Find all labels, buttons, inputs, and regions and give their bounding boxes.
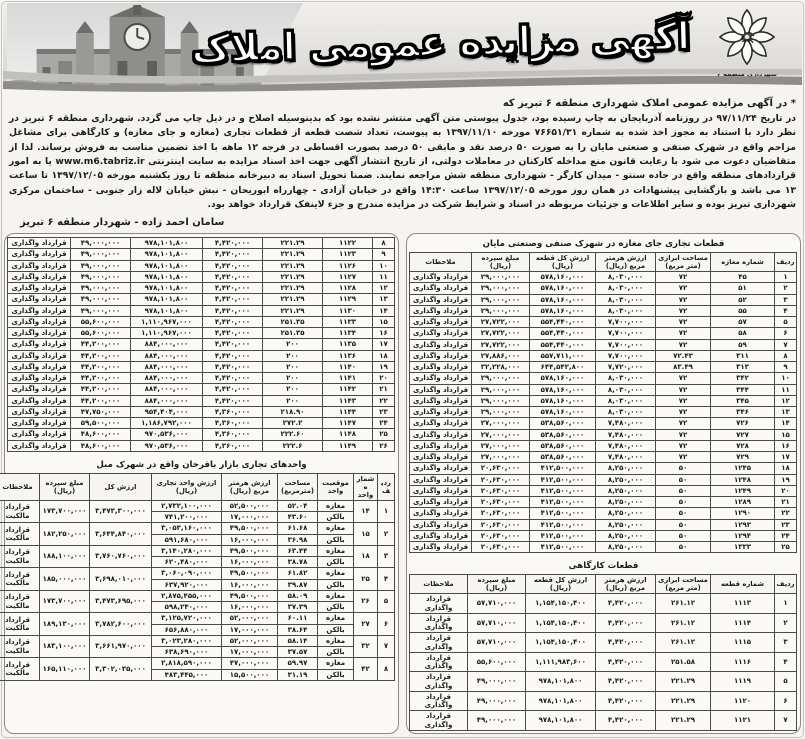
table-cell: ۳۷.۳۹ (278, 602, 318, 613)
table-row: ۱۴۱۱۳۰۲۲۱.۲۹۴,۴۲۰,۰۰۰۹۷۸,۱۰۱,۸۰۰۴۹,۰۰۰,۰… (8, 305, 395, 316)
bazaar-units-table-title: واحدهای تجاری بازار باقرخان واقع در شهرک… (8, 458, 395, 473)
table-cell: ۴,۴۲۰,۰۰۰ (203, 316, 263, 327)
remarks-cell: قرارداد مالکیت (0, 658, 40, 681)
table-cell: ۴۹,۰۰۰,۰۰۰ (71, 294, 131, 305)
table-row: ۲۱۱۱۴۲۲۰۰۴,۴۲۰,۰۰۰۸۸۴,۰۰۰,۰۰۰۴۴,۲۰۰,۰۰۰ق… (8, 384, 395, 395)
table-cell: ۴۱۲,۵۰۰,۰۰۰ (530, 485, 596, 496)
column-header: شماره مغازه (711, 253, 775, 272)
table-cell: قرارداد واگذاری (410, 519, 472, 530)
table-cell: قرارداد واگذاری (410, 613, 468, 633)
table-cell: ۱۴ (775, 418, 797, 429)
table-cell: ۸,۲۵۰,۰۰۰ (596, 508, 656, 519)
table-cell: ۳۴۲ (711, 373, 775, 384)
table-cell: ۲۶۱.۱۲ (656, 633, 711, 653)
table-cell: ۳,۰۵۳,۱۶۰,۰۰۰ (152, 523, 222, 534)
workshop-continuation-body: ۸۱۱۲۲۲۲۱.۲۹۴,۴۲۰,۰۰۰۹۷۸,۱۰۱,۸۰۰۴۹,۰۰۰,۰۰… (8, 238, 395, 452)
table-cell: ۴۸,۶۰۰,۰۰۰ (71, 440, 131, 451)
table-cell: ۴,۴۲۰,۰۰۰ (596, 613, 656, 633)
table-cell: ۷۲ (656, 429, 711, 440)
table-row: ۲۰۱۲۴۹۵۰۸,۲۵۰,۰۰۰۴۱۲,۵۰۰,۰۰۰۲۰,۶۳۰,۰۰۰قر… (410, 485, 797, 496)
column-header: ارزش هرمتر مربع (ریال) (596, 253, 656, 272)
table-cell: ۴۱۲,۵۰۰,۰۰۰ (530, 530, 596, 541)
table-cell: ۵۹۸,۲۴۰,۰۰۰ (152, 602, 222, 613)
table-row: ۱۹۱۱۴۰۲۰۰۴,۴۲۰,۰۰۰۸۸۴,۰۰۰,۰۰۰۴۴,۲۰۰,۰۰۰ق… (8, 361, 395, 372)
table-cell: مغازه (318, 568, 354, 579)
table-cell: ۷,۴۸۰,۰۰۰ (596, 429, 656, 440)
table-cell: ۴,۴۲۰,۰۰۰ (203, 260, 263, 271)
table-cell: ۴,۴۲۰,۰۰۰ (596, 672, 656, 692)
unit-number-cell: ۲۷ (354, 613, 378, 636)
table-cell: ۲۶۱.۱۲ (656, 613, 711, 633)
table-cell: ۳۱۳ (711, 362, 775, 373)
column-header: ردیف (775, 253, 797, 272)
deposit-cell: ۱۸۵,۰۰۰,۰۰۰ (40, 568, 90, 591)
table-cell: ۲۲ (373, 395, 395, 406)
table-cell: ۷,۷۲۰,۰۰۰ (596, 362, 656, 373)
table-cell: ۲۹,۰۰۰,۰۰۰ (472, 395, 530, 406)
table-cell: ۲۲۱.۲۹ (656, 711, 711, 731)
table-cell: ۱۱۴۱ (323, 373, 373, 384)
column-header: شماره واحد (354, 473, 378, 500)
table-row: ۲۱۱۱۴۲۶۱.۱۲۴,۴۲۰,۰۰۰۱,۱۵۴,۱۵۰,۴۰۰۵۷,۷۱۰,… (410, 613, 797, 633)
table-row: ۲۵۱۷۲۸,۰۳۰,۰۰۰۵۷۸,۱۶۰,۰۰۰۲۹,۰۰۰,۰۰۰قرارد… (410, 283, 797, 294)
column-header: ارزش هرمتر مربع (ریال) (222, 473, 278, 500)
table-row: ۸۱۱۲۲۲۲۱.۲۹۴,۴۲۰,۰۰۰۹۷۸,۱۰۱,۸۰۰۴۹,۰۰۰,۰۰… (8, 238, 395, 249)
table-cell: مغازه (318, 500, 354, 511)
table-cell: ۱,۱۵۴,۱۵۰,۴۰۰ (526, 594, 596, 614)
unit-number-cell: ۴۲ (354, 658, 378, 681)
table-cell: قرارداد واگذاری (8, 238, 71, 249)
table-cell: ۵۵۴,۴۴۰,۰۰۰ (530, 317, 596, 328)
table-cell: ۵۷,۷۱۰,۰۰۰ (468, 594, 526, 614)
table-cell: ۲۰,۶۳۰,۰۰۰ (472, 497, 530, 508)
table-cell: ۲۲۱.۲۹ (263, 294, 323, 305)
table-cell: ۸,۲۵۰,۰۰۰ (596, 485, 656, 496)
table-cell: قرارداد واگذاری (8, 339, 71, 350)
table-cell: ۸ (373, 238, 395, 249)
table-cell: ۵۹.۹۷ (278, 658, 318, 669)
total-value-cell: ۳,۷۸۲,۶۰۰,۰۰۰ (90, 613, 152, 636)
unit-number-cell: ۲۶ (354, 590, 378, 613)
table-cell: ۴۴,۲۰۰,۰۰۰ (71, 395, 131, 406)
unit-number-cell: ۱۴ (354, 500, 378, 523)
table-cell: ۴,۴۲۰,۰۰۰ (596, 633, 656, 653)
table-cell: ۹۷۸,۱۰۱,۸۰۰ (131, 271, 203, 282)
table-cell: ۲۶ (373, 440, 395, 451)
table-row: ۸۳۱۱۷۲.۴۳۷,۷۰۰,۰۰۰۵۵۷,۷۱۱,۰۰۰۲۷,۸۸۶,۰۰۰ق… (410, 350, 797, 361)
table-cell: قرارداد واگذاری (410, 362, 472, 373)
table-cell: ۳,۱۴۰,۲۸۰,۰۰۰ (152, 545, 222, 556)
table-cell: ۵۷۸,۱۶۰,۰۰۰ (530, 384, 596, 395)
table-cell: ۴۱۲,۵۰۰,۰۰۰ (530, 508, 596, 519)
table-cell: ۱۱۲۱ (711, 711, 775, 731)
table-row: ۲۵۱۳۳۳۵۰۸,۲۵۰,۰۰۰۴۱۲,۵۰۰,۰۰۰۲۰,۶۳۰,۰۰۰قر… (410, 542, 797, 553)
table-cell: قرارداد واگذاری (410, 305, 472, 316)
table-cell: ۴۹,۵۰۰,۰۰۰ (222, 523, 278, 534)
table-cell: ۱۶,۰۰۰,۰۰۰ (222, 557, 278, 568)
table-cell: ۷,۷۰۰,۰۰۰ (596, 317, 656, 328)
table-cell: ۴,۴۲۰,۰۰۰ (203, 271, 263, 282)
remarks-cell: قرارداد مالکیت (0, 500, 40, 523)
table-cell: ۴,۴۲۰,۰۰۰ (203, 305, 263, 316)
table-cell: ۵۵۴,۴۴۰,۰۰۰ (530, 339, 596, 350)
table-cell: ۲۰ (373, 373, 395, 384)
table-cell: ۹۷۰,۵۳۶,۰۰۰ (131, 429, 203, 440)
newspaper-auction-ad: آگهی مزایده عمومی املاک شهرداری منطقه ۶ (0, 0, 805, 739)
unit-row-shop: ۱۱۴مغازه۵۲.۰۴۵۲,۵۰۰,۰۰۰۲,۷۳۲,۱۰۰,۰۰۰۳,۴۷… (0, 500, 395, 511)
table-cell: ۴۹,۰۰۰,۰۰۰ (71, 238, 131, 249)
table-cell: ۲۷,۸۸۶,۰۰۰ (472, 350, 530, 361)
table-cell: ۵۵۷,۷۱۱,۰۰۰ (530, 350, 596, 361)
table-cell: قرارداد واگذاری (8, 395, 71, 406)
total-value-cell: ۳,۷۶۰,۷۶۰,۰۰۰ (90, 545, 152, 568)
deposit-cell: ۱۸۹,۱۳۰,۰۰۰ (40, 613, 90, 636)
table-cell: ۲۰۰ (263, 384, 323, 395)
column-header: ملاحظات (0, 473, 40, 500)
column-header: مساحت ابرازی (متر مربع) (656, 253, 711, 272)
table-cell: ۴,۴۲۰,۰۰۰ (596, 652, 656, 672)
table-cell: ۸۸۴,۰۰۰,۰۰۰ (131, 395, 203, 406)
table-cell: ۱۱۴۸ (323, 429, 373, 440)
ad-title: آگهی مزایده عمومی املاک (304, 14, 690, 68)
table-cell: ۴,۳۶۰,۰۰۰ (203, 440, 263, 451)
table-cell: ۵۵ (711, 305, 775, 316)
table-cell: قرارداد واگذاری (410, 294, 472, 305)
table-cell: ۹۷۸,۱۰۱,۸۰۰ (131, 238, 203, 249)
table-cell: ۹۷۸,۱۰۱,۸۰۰ (131, 294, 203, 305)
table-cell: ۳۴۴ (711, 384, 775, 395)
table-cell: ۶۲۰,۴۸۰,۰۰۰ (152, 557, 222, 568)
row-number-cell: ۷ (378, 635, 395, 658)
table-cell: ۴۹,۵۰۰,۰۰۰ (222, 590, 278, 601)
table-row: ۱۱۱۱۲۷۲۲۱.۲۹۴,۴۲۰,۰۰۰۹۷۸,۱۰۱,۸۰۰۴۹,۰۰۰,۰… (8, 271, 395, 282)
table-cell: ۴۹,۰۰۰,۰۰۰ (71, 249, 131, 260)
mayan-commercial-body: ۱۴۵۷۲۸,۰۳۰,۰۰۰۵۷۸,۱۶۰,۰۰۰۲۹,۰۰۰,۰۰۰قرارد… (410, 272, 797, 553)
table-cell: ۴۹,۰۰۰,۰۰۰ (468, 691, 526, 711)
table-cell: ۵۰ (656, 542, 711, 553)
table-cell: ۲۲۱.۲۹ (263, 305, 323, 316)
table-row: ۲۳۱۱۴۴۲۱۸.۹۰۴,۳۶۰,۰۰۰۹۵۴,۴۰۴,۰۰۰۴۷,۷۵۰,۰… (8, 406, 395, 417)
table-cell: ۴ (775, 305, 797, 316)
table-cell: ۴۹,۰۰۰,۰۰۰ (71, 283, 131, 294)
table-cell: ۵۵,۶۰۰,۰۰۰ (468, 652, 526, 672)
table-cell: قرارداد واگذاری (410, 485, 472, 496)
table-cell: قرارداد واگذاری (410, 452, 472, 463)
table-cell: ۵۰ (656, 474, 711, 485)
table-row: ۲۱۱۲۸۹۵۰۸,۲۵۰,۰۰۰۴۱۲,۵۰۰,۰۰۰۲۰,۶۳۰,۰۰۰قر… (410, 497, 797, 508)
table-cell: قرارداد واگذاری (410, 317, 472, 328)
column-header: مساحت ابرازی (متر مربع) (656, 575, 711, 594)
table-cell: ۲۷۲.۲ (263, 418, 323, 429)
workshop-plots-continuation-table: ۸۱۱۲۲۲۲۱.۲۹۴,۴۲۰,۰۰۰۹۷۸,۱۰۱,۸۰۰۴۹,۰۰۰,۰۰… (7, 237, 395, 452)
table-cell: ۴۷,۰۰۰,۰۰۰ (222, 658, 278, 669)
table-cell: ۸,۲۵۰,۰۰۰ (596, 519, 656, 530)
table-cell: ۱۱۲۷ (323, 271, 373, 282)
table-row: ۶۱۱۲۰۲۲۱.۲۹۴,۴۲۰,۰۰۰۹۷۸,۱۰۱,۸۰۰۴۹,۰۰۰,۰۰… (410, 691, 797, 711)
table-cell: ۲۲۱.۲۹ (263, 283, 323, 294)
table-cell: ۷۴۱,۲۰۰,۰۰۰ (152, 512, 222, 523)
table-cell: قرارداد واگذاری (410, 328, 472, 339)
table-cell: ۲۹,۰۰۰,۰۰۰ (472, 305, 530, 316)
table-cell: قرارداد واگذاری (410, 474, 472, 485)
table-cell: ۶۳.۴۴ (278, 545, 318, 556)
table-cell: ۵۱ (711, 283, 775, 294)
table-cell: ۲۵۱.۳۵ (263, 328, 323, 339)
table-cell: ۵۳۸,۵۶۰,۰۰۰ (530, 429, 596, 440)
table-cell: ۴۴,۲۰۰,۰۰۰ (71, 373, 131, 384)
table-cell: ۱۱۲۶ (323, 260, 373, 271)
table-cell: قرارداد واگذاری (410, 497, 472, 508)
table-cell: ۱۱ (373, 271, 395, 282)
intro-paragraph: * در آگهی مزایده عمومی املاک شهرداری منط… (9, 98, 796, 212)
table-row: ۶۵۸۷۲۷,۷۰۰,۰۰۰۵۵۴,۴۴۰,۰۰۰۲۷,۷۲۲,۰۰۰قرارد… (410, 328, 797, 339)
table-cell: ۱۶ (373, 328, 395, 339)
right-tables-panel: قطعات تجاری جای مغازه در شهرک صنفی وصنعت… (406, 233, 801, 734)
deposit-cell: ۱۸۸,۱۰۰,۰۰۰ (40, 545, 90, 568)
table-cell: ۵۷۸,۱۶۰,۰۰۰ (530, 407, 596, 418)
mayan-commercial-table: ردیفشماره مغازهمساحت ابرازی (متر مربع)ار… (409, 252, 797, 553)
table-cell: ۱۱۴۴ (323, 406, 373, 417)
table-cell: ۸,۲۵۰,۰۰۰ (596, 530, 656, 541)
table-cell: ۸۸۴,۰۰۰,۰۰۰ (131, 384, 203, 395)
table-cell: قرارداد واگذاری (410, 272, 472, 283)
table-cell: قرارداد واگذاری (8, 305, 71, 316)
column-header: ملاحظات (410, 253, 472, 272)
table-cell: ۵۸.۱۴ (278, 635, 318, 646)
table-cell: ۵۰ (656, 530, 711, 541)
column-header: شماره قطعه (711, 575, 775, 594)
table-cell: ۴۱۲,۵۰۰,۰۰۰ (530, 474, 596, 485)
table-cell: ۶ (775, 691, 797, 711)
table-cell: قرارداد واگذاری (410, 373, 472, 384)
table-cell: ۲۷,۰۰۰,۰۰۰ (472, 440, 530, 451)
table-cell: ۵۳۸,۵۶۰,۰۰۰ (530, 440, 596, 451)
table-row: ۱۴۵۷۲۸,۰۳۰,۰۰۰۵۷۸,۱۶۰,۰۰۰۲۹,۰۰۰,۰۰۰قرارد… (410, 272, 797, 283)
header-swoosh-decoration (3, 69, 802, 95)
table-row: ۲۰۱۱۴۱۲۰۰۴,۴۲۰,۰۰۰۸۸۴,۰۰۰,۰۰۰۴۴,۲۰۰,۰۰۰ق… (8, 373, 395, 384)
municipality-logo: شهرداری منطقه ۶ (708, 8, 786, 78)
table-cell: بالکن (318, 624, 354, 635)
table-cell: ۱,۱۵۴,۱۵۰,۴۰۰ (526, 633, 596, 653)
table-row: ۱۳۱۱۲۹۲۲۱.۲۹۴,۴۲۰,۰۰۰۹۷۸,۱۰۱,۸۰۰۴۹,۰۰۰,۰… (8, 294, 395, 305)
table-cell: ۲۰,۶۳۰,۰۰۰ (472, 463, 530, 474)
table-cell: ۲۰,۶۳۰,۰۰۰ (472, 474, 530, 485)
table-cell: ۲ (775, 283, 797, 294)
table-row: ۴۱۱۱۶۲۵۱.۵۸۴,۴۲۰,۰۰۰۱,۱۱۱,۹۸۳,۶۰۰۵۵,۶۰۰,… (410, 652, 797, 672)
row-number-cell: ۳ (378, 545, 395, 568)
table-cell: ۴۴,۲۰۰,۰۰۰ (71, 384, 131, 395)
table-cell: ۵۹ (711, 339, 775, 350)
table-row: ۱۵۱۱۳۳۲۵۱.۳۵۴,۴۲۰,۰۰۰۱,۱۱۰,۹۶۷,۰۰۰۵۵,۶۰۰… (8, 316, 395, 327)
table-cell: قرارداد واگذاری (410, 530, 472, 541)
table-cell: ۱۱۳۴ (323, 328, 373, 339)
table-cell: ۱۷ (373, 339, 395, 350)
table-cell: ۳۸.۷۸ (278, 557, 318, 568)
table-cell: ۲۹,۰۰۰,۰۰۰ (472, 283, 530, 294)
table-cell: ۳۱.۱۹ (278, 669, 318, 680)
table-cell: ۸,۰۳۰,۰۰۰ (596, 384, 656, 395)
table-cell: ۱۱۳۰ (323, 305, 373, 316)
table-cell: مغازه (318, 545, 354, 556)
table-cell: ۸,۲۵۰,۰۰۰ (596, 497, 656, 508)
mayan-commercial-header-row: ردیفشماره مغازهمساحت ابرازی (متر مربع)ار… (410, 253, 797, 272)
table-cell: مغازه (318, 613, 354, 624)
table-cell: ۹۷۸,۱۰۱,۸۰۰ (131, 305, 203, 316)
table-row: ۱۹۱۲۴۸۵۰۸,۲۵۰,۰۰۰۴۱۲,۵۰۰,۰۰۰۲۰,۶۳۰,۰۰۰قر… (410, 474, 797, 485)
table-row: ۱۲۳۴۵۷۲۸,۰۳۰,۰۰۰۵۷۸,۱۶۰,۰۰۰۲۹,۰۰۰,۰۰۰قرا… (410, 395, 797, 406)
row-number-cell: ۱ (378, 500, 395, 523)
table-cell: ۴۹,۰۰۰,۰۰۰ (468, 672, 526, 692)
table-cell: ۵۰ (656, 519, 711, 530)
table-row: ۹۳۱۳۸۳.۴۹۷,۷۲۰,۰۰۰۶۴۴,۵۴۲,۸۰۰۳۲,۲۲۸,۰۰۰ق… (410, 362, 797, 373)
table-cell: ۲۷,۰۰۰,۰۰۰ (472, 418, 530, 429)
table-cell: ۱۲۴۹ (711, 485, 775, 496)
table-cell: ۴,۴۲۰,۰۰۰ (203, 328, 263, 339)
table-cell: ۴,۴۲۰,۰۰۰ (203, 339, 263, 350)
table-cell: ۳,۱۲۵,۷۲۰,۰۰۰ (152, 613, 222, 624)
table-cell: ۵۲,۰۰۰,۰۰۰ (222, 613, 278, 624)
table-cell: قرارداد واگذاری (410, 407, 472, 418)
table-cell: ۴۹,۰۰۰,۰۰۰ (71, 260, 131, 271)
table-cell: ۱ (775, 272, 797, 283)
table-cell: ۱۷,۰۰۰,۰۰۰ (222, 512, 278, 523)
unit-number-cell: ۱۵ (354, 523, 378, 546)
table-row: ۱۱۳۴۴۷۲۸,۰۳۰,۰۰۰۵۷۸,۱۶۰,۰۰۰۲۹,۰۰۰,۰۰۰قرا… (410, 384, 797, 395)
table-cell: ۲۵ (373, 429, 395, 440)
unit-row-shop: ۷۳۲مغازه۵۸.۱۴۵۲,۰۰۰,۰۰۰۳,۰۲۳,۲۸۰,۰۰۰۳,۶۶… (0, 635, 395, 646)
table-cell: ۹ (775, 362, 797, 373)
table-cell: ۱۱۱۹ (711, 672, 775, 692)
table-cell: ۲,۸۱۸,۵۹۰,۰۰۰ (152, 658, 222, 669)
table-cell: ۵۰ (656, 497, 711, 508)
table-cell: ۴,۳۶۰,۰۰۰ (203, 418, 263, 429)
table-cell: ۳۹.۸۷ (278, 579, 318, 590)
table-cell: ۱۳ (373, 294, 395, 305)
table-cell: ۸,۰۳۰,۰۰۰ (596, 283, 656, 294)
table-cell: بالکن (318, 534, 354, 545)
table-cell: ۱۱۳۶ (323, 350, 373, 361)
table-cell: ۲۵ (775, 542, 797, 553)
table-cell: ۱۲۹۰ (711, 508, 775, 519)
table-row: ۱۸۱۱۳۶۲۰۰۴,۴۲۰,۰۰۰۸۸۴,۰۰۰,۰۰۰۴۴,۲۰۰,۰۰۰ق… (8, 350, 395, 361)
workshop-body: ۱۱۱۱۳۲۶۱.۱۲۴,۴۲۰,۰۰۰۱,۱۵۴,۱۵۰,۴۰۰۵۷,۷۱۰,… (410, 594, 797, 731)
table-cell: ۱۷,۰۰۰,۰۰۰ (222, 624, 278, 635)
table-cell: ۲۷,۰۰۰,۰۰۰ (472, 452, 530, 463)
table-cell: ۳۴۵ (711, 395, 775, 406)
table-cell: قرارداد واگذاری (410, 384, 472, 395)
table-cell: ۷۲ (656, 452, 711, 463)
table-cell: ۴۹,۰۰۰,۰۰۰ (71, 271, 131, 282)
table-cell: ۷,۷۰۰,۰۰۰ (596, 350, 656, 361)
table-cell: مغازه (318, 590, 354, 601)
table-cell: ۲۲۱.۲۹ (656, 691, 711, 711)
unit-number-cell: ۲۵ (354, 568, 378, 591)
table-row: ۱۸۱۲۴۵۵۰۸,۲۵۰,۰۰۰۴۱۲,۵۰۰,۰۰۰۲۰,۶۳۰,۰۰۰قر… (410, 463, 797, 474)
table-cell: ۱۳ (775, 407, 797, 418)
table-cell: ۲۳ (775, 519, 797, 530)
table-cell: ۲۱ (775, 497, 797, 508)
table-cell: ۵۷,۷۱۰,۰۰۰ (468, 613, 526, 633)
table-cell: قرارداد واگذاری (8, 429, 71, 440)
table-row: ۲۵۱۱۴۸۲۲۲.۶۰۴,۳۶۰,۰۰۰۹۷۰,۵۳۶,۰۰۰۴۸,۶۰۰,۰… (8, 429, 395, 440)
table-row: ۱۰۳۴۲۷۲۸,۰۳۰,۰۰۰۵۷۸,۱۶۰,۰۰۰۲۹,۰۰۰,۰۰۰قرا… (410, 373, 797, 384)
table-cell: ۴,۳۶۰,۰۰۰ (203, 406, 263, 417)
table-cell: ۲۰۰ (263, 339, 323, 350)
table-cell: ۹۷۸,۱۰۱,۸۰۰ (131, 283, 203, 294)
table-cell: ۳,۰۶۰,۰۹۰,۰۰۰ (152, 568, 222, 579)
table-cell: ۸,۲۵۰,۰۰۰ (596, 542, 656, 553)
table-cell: ۲۰۰ (263, 350, 323, 361)
table-cell: ۴۳.۶۰ (278, 512, 318, 523)
table-cell: ۸۸۴,۰۰۰,۰۰۰ (131, 339, 203, 350)
table-cell: ۵۷۸,۱۶۰,۰۰۰ (530, 283, 596, 294)
table-cell: ۷,۷۰۰,۰۰۰ (596, 339, 656, 350)
row-number-cell: ۵ (378, 590, 395, 613)
table-row: ۵۱۱۱۹۲۲۱.۲۹۴,۴۲۰,۰۰۰۹۷۸,۱۰۱,۸۰۰۴۹,۰۰۰,۰۰… (410, 672, 797, 692)
table-cell: ۴,۴۲۰,۰۰۰ (203, 249, 263, 260)
table-row: ۱۰۱۱۲۶۲۲۱.۲۹۴,۴۲۰,۰۰۰۹۷۸,۱۰۱,۸۰۰۴۹,۰۰۰,۰… (8, 260, 395, 271)
table-row: ۱۳۳۴۶۷۲۸,۰۳۰,۰۰۰۵۷۸,۱۶۰,۰۰۰۲۹,۰۰۰,۰۰۰قرا… (410, 407, 797, 418)
table-cell: ۶۵۶,۸۸۰,۰۰۰ (152, 624, 222, 635)
table-cell: مغازه (318, 658, 354, 669)
table-cell: ۷۲۶ (711, 418, 775, 429)
table-row: ۲۴۱۱۴۷۲۷۲.۲۴,۳۶۰,۰۰۰۱,۱۸۶,۷۹۲,۰۰۰۵۹,۵۰۰,… (8, 418, 395, 429)
total-value-cell: ۳,۳۰۲,۰۳۵,۰۰۰ (90, 658, 152, 681)
table-cell: ۱۱۴۹ (323, 440, 373, 451)
deposit-cell: ۱۸۳,۱۰۰,۰۰۰ (40, 635, 90, 658)
table-cell: ۶۴۴,۵۴۲,۸۰۰ (530, 362, 596, 373)
table-cell: ۱۰ (373, 260, 395, 271)
table-cell: ۸,۰۳۰,۰۰۰ (596, 373, 656, 384)
table-row: ۹۱۱۲۳۲۲۱.۲۹۴,۴۲۰,۰۰۰۹۷۸,۱۰۱,۸۰۰۴۹,۰۰۰,۰۰… (8, 249, 395, 260)
table-cell: ۲۲۱.۲۹ (656, 672, 711, 692)
unit-row-shop: ۸۴۲مغازه۵۹.۹۷۴۷,۰۰۰,۰۰۰۲,۸۱۸,۵۹۰,۰۰۰۳,۳۰… (0, 658, 395, 669)
table-row: ۴۵۵۷۲۸,۰۳۰,۰۰۰۵۷۸,۱۶۰,۰۰۰۲۹,۰۰۰,۰۰۰قرارد… (410, 305, 797, 316)
table-cell: ۲۳ (373, 406, 395, 417)
table-cell: ۱۱۴۰ (323, 361, 373, 372)
table-cell: ۴,۴۲۰,۰۰۰ (203, 384, 263, 395)
column-header: ارزش کل (90, 473, 152, 500)
table-cell: ۱۵,۵۰۰,۰۰۰ (222, 669, 278, 680)
table-cell: قرارداد واگذاری (410, 652, 468, 672)
table-cell: ۵۲,۰۰۰,۰۰۰ (222, 635, 278, 646)
table-cell: ۲۲ (775, 508, 797, 519)
table-cell: ۴۵ (711, 272, 775, 283)
table-cell: ۲۰,۶۳۰,۰۰۰ (472, 519, 530, 530)
table-cell: ۷۲ (656, 418, 711, 429)
table-cell: ۲۲۱.۲۹ (263, 271, 323, 282)
table-cell: ۷۲ (656, 407, 711, 418)
table-cell: ۷۲۹ (711, 452, 775, 463)
table-cell: ۷۲ (656, 339, 711, 350)
table-cell: ۲۰,۶۳۰,۰۰۰ (472, 508, 530, 519)
table-cell: مغازه (318, 635, 354, 646)
table-cell: ۲,۷۳۲,۱۰۰,۰۰۰ (152, 500, 222, 511)
table-cell: قرارداد واگذاری (8, 283, 71, 294)
table-cell: ۹ (373, 249, 395, 260)
column-header: مبلغ سپرده (ریال) (40, 473, 90, 500)
table-cell: ۲۲۱.۲۹ (263, 260, 323, 271)
correction-note-line: * در آگهی مزایده عمومی املاک شهرداری منط… (9, 98, 796, 109)
table-cell: ۲۶۱.۱۲ (656, 594, 711, 614)
table-cell: ۱۱۱۵ (711, 633, 775, 653)
table-row: ۳۵۲۷۲۸,۰۳۰,۰۰۰۵۷۸,۱۶۰,۰۰۰۲۹,۰۰۰,۰۰۰قرارد… (410, 294, 797, 305)
unit-row-shop: ۶۲۷مغازه۶۰.۱۱۵۲,۰۰۰,۰۰۰۳,۱۲۵,۷۲۰,۰۰۰۳,۷۸… (0, 613, 395, 624)
remarks-cell: قرارداد مالکیت (0, 590, 40, 613)
column-header: ردیف (775, 575, 797, 594)
table-cell: ۵۲,۵۰۰,۰۰۰ (222, 500, 278, 511)
table-cell: ۲۰,۶۳۰,۰۰۰ (472, 485, 530, 496)
